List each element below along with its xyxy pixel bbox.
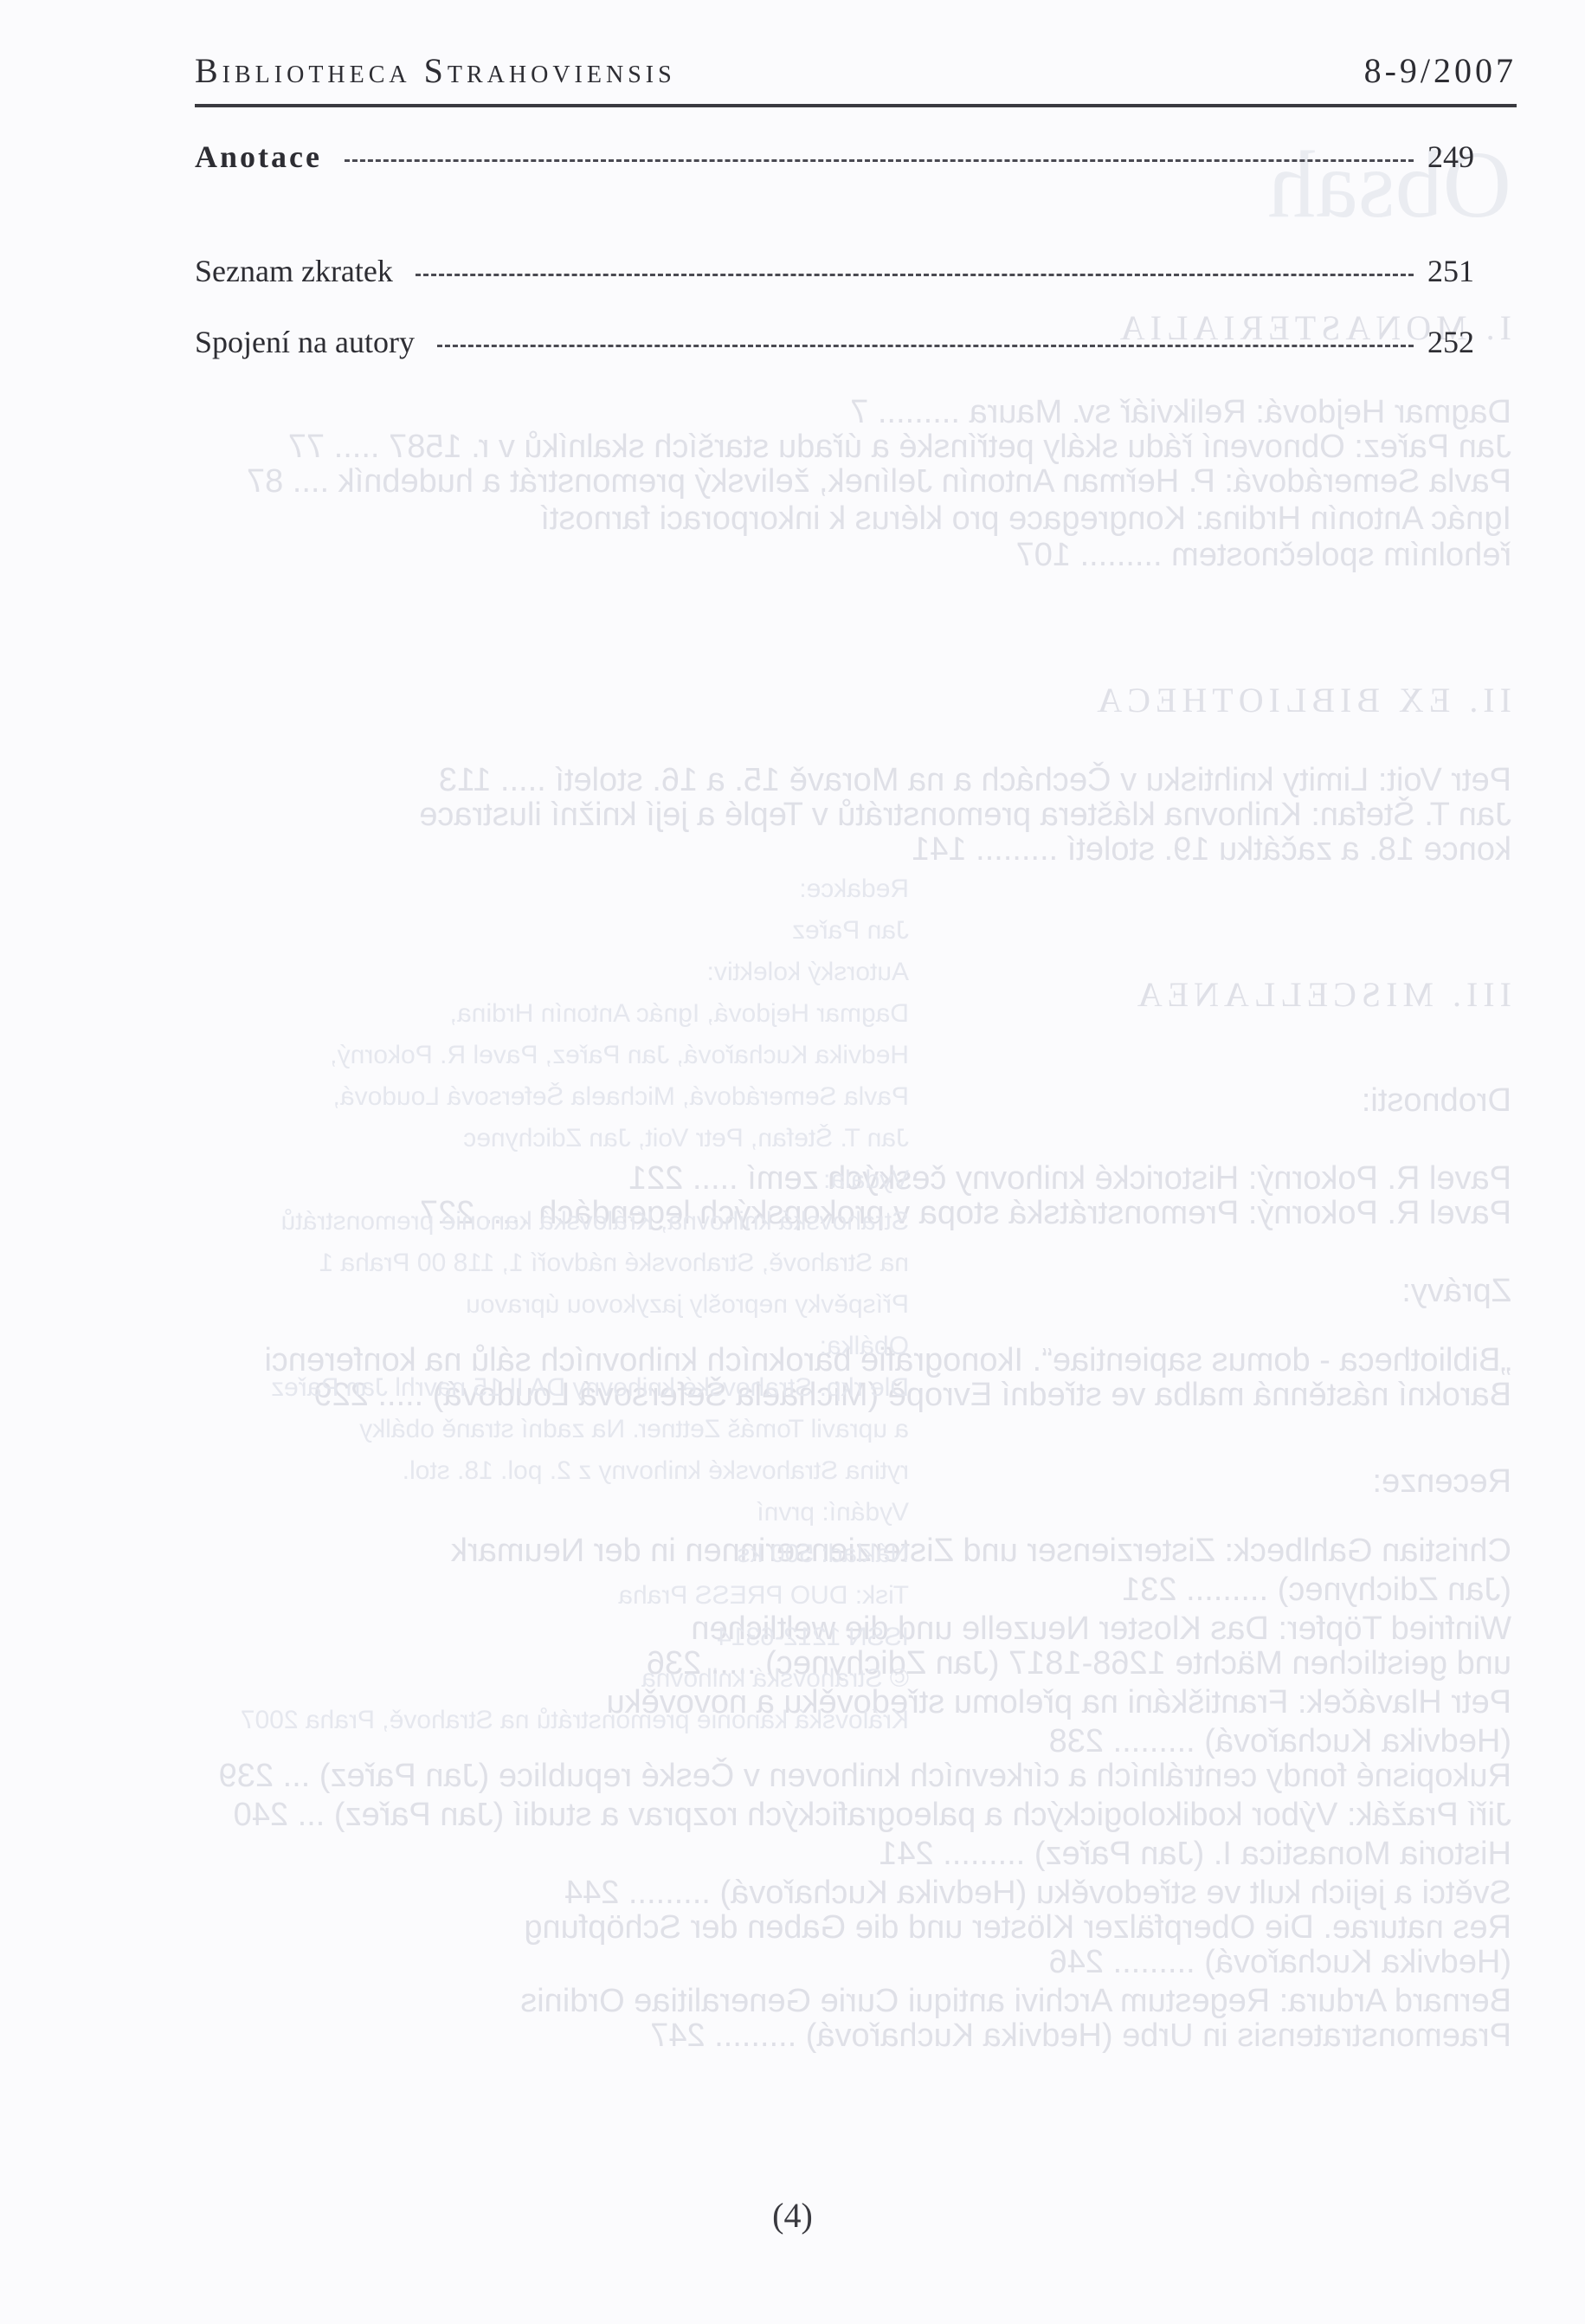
bleed-through-line: Rukopisné fondy centrálních a církevních…	[219, 1758, 1511, 1795]
bleed-through-colophon-line: Náklad: 500 ks	[0, 1540, 909, 1569]
bleed-through-line: Ignác Antonín Hrdina: Kongregace pro klé…	[540, 500, 1511, 538]
bleed-through-colophon-line: ISSN 1212-6314	[0, 1623, 909, 1652]
toc-entry-page: 251	[1426, 253, 1474, 289]
bleed-through-line: Christian Gahlbeck: Zisterzienser und Zi…	[451, 1533, 1511, 1570]
bleed-through-line: (Hedvika Kuchařová) ......... 238	[1049, 1723, 1511, 1760]
bleed-through-line: (Jan Zdichynec) ......... 231	[1122, 1572, 1511, 1609]
toc-entry-seznam-zkratek: Seznam zkratek 251	[195, 253, 1474, 296]
bleed-through-colophon-line: Obálka:	[0, 1332, 909, 1361]
bleed-through-line: konce 18. a začátku 19. století ........…	[912, 831, 1511, 868]
bleed-through-colophon-line: na Strahově, Strahovské nádvoří 1, 118 0…	[0, 1249, 909, 1278]
bleed-through-line: Res naturae. Die Oberpfälzer Klöster und…	[524, 1909, 1511, 1946]
bleed-through-line: Jan T. Štefan: Knihovna kláštera premons…	[419, 797, 1511, 834]
bleed-through-line: Zprávy:	[1401, 1273, 1511, 1310]
bleed-through-line: Winfried Töpfer: Das Kloster Neuzelle un…	[691, 1611, 1511, 1648]
bleed-through-line: „Bibliotheca - domus sapientiae“. Ikonog…	[264, 1342, 1511, 1379]
bleed-through-colophon-line: Královská kanonie premonstrátů na Straho…	[0, 1706, 909, 1735]
issue-number: 8-9/2007	[1364, 50, 1517, 91]
bleed-through-line: Pavel R. Pokorný: Premonstrátská stopa v…	[420, 1195, 1511, 1232]
toc-entry-title: Anotace	[195, 139, 322, 175]
bleed-through-line: Jan Pařez: Obnovení řádu skály petřínské…	[288, 429, 1511, 466]
bleed-through-line: Pavla Semerádová: P. Heřman Antonín Jelí…	[247, 463, 1511, 500]
bleed-through-colophon-line: Hedvika Kuchařová, Jan Pařez, Pavel R. P…	[0, 1041, 909, 1070]
bleed-through-line: Praemonstratensis in Urbe (Hedvika Kucha…	[650, 2017, 1511, 2055]
bleed-through-colophon-line: Dagmar Hejdová, Ignác Antonín Hrdina,	[0, 999, 909, 1029]
bleed-through-colophon-line: Jan Pařez	[0, 916, 909, 946]
toc-entry-title: Spojení na autory	[195, 324, 415, 360]
bleed-through-line: Dagmar Hejdová: Relikviář sv. Maura ....…	[850, 394, 1511, 431]
bleed-through-line: (Hedvika Kuchařová) ......... 246	[1049, 1944, 1511, 1981]
bleed-through-line: Drobnosti:	[1362, 1082, 1511, 1120]
bleed-through-colophon-line: Dle rkp. Strahovské knihovny DA II 15 na…	[0, 1373, 909, 1403]
bleed-through-colophon-line: Příspěvky neprošly jazykovou úpravou	[0, 1290, 909, 1320]
dot-leader	[416, 274, 1414, 276]
toc-entry-spojeni-na-autory: Spojení na autory 252	[195, 324, 1474, 367]
bleed-through-line: III. MISCELLANEA	[1132, 974, 1511, 1015]
bleed-through-colophon-line: Vydala:	[0, 1165, 909, 1195]
running-header: Bibliotheca Strahoviensis 8-9/2007	[195, 50, 1517, 94]
bleed-through-colophon-line: Autorský kolektiv:	[0, 958, 909, 987]
bleed-through-colophon-line: Strahovská knihovna, Královská kanonie p…	[0, 1207, 909, 1236]
header-rule	[195, 104, 1517, 107]
toc-entry-page: 249	[1426, 139, 1474, 175]
bleed-through-colophon-line: rytina Strahovské knihovny z 2. pol. 18.…	[0, 1456, 909, 1486]
toc-entry-anotace: Anotace 249	[195, 139, 1474, 182]
bleed-through-line: Petr Hlaváček: Františkáni na přelomu st…	[606, 1684, 1511, 1721]
bleed-through-line: und geistlichen Mächte 1268-1817 (Jan Zd…	[647, 1645, 1511, 1682]
page-number: (4)	[0, 2195, 1585, 2236]
bleed-through-colophon-line: © Strahovská knihovna	[0, 1664, 909, 1694]
bleed-through-colophon-line: Tisk: DUO PRESS Praha	[0, 1581, 909, 1611]
dot-leader	[437, 345, 1414, 347]
bleed-through-line: Bernard Ardura: Regestum Archivi antiqui…	[520, 1983, 1511, 2020]
document-page: ObsahI. MONASTERIALIADagmar Hejdová: Rel…	[0, 0, 1585, 2324]
journal-title: Bibliotheca Strahoviensis	[195, 50, 676, 91]
bleed-through-colophon-line: Jan T. Štefan, Petr Voit, Jan Zdichynec	[0, 1124, 909, 1153]
bleed-through-line: Historia Monastica I. (Jan Pařez) ......…	[879, 1836, 1511, 1873]
bleed-through-colophon-line: a upravil Tomáš Zettner. Na zadní straně…	[0, 1415, 909, 1444]
bleed-through-colophon-line: Vydání: první	[0, 1498, 909, 1527]
bleed-through-line: Barokní nástěnná malba ve střední Evropě…	[313, 1377, 1511, 1414]
bleed-through-colophon-line: Pavla Semerádová, Michaela Šefersová Lou…	[0, 1082, 909, 1112]
bleed-through-line: Petr Voit: Limity knihtisku v Čechách a …	[439, 762, 1511, 799]
bleed-through-line: Jiří Pražák: Výbor kodikologických a pal…	[234, 1797, 1511, 1834]
bleed-through-line: řeholním společnostem ......... 107	[1016, 537, 1511, 574]
dot-leader	[345, 159, 1414, 162]
bleed-through-line: Pavel R. Pokorný: Historické knihovny če…	[628, 1160, 1511, 1198]
toc-entry-page: 252	[1426, 324, 1474, 360]
bleed-through-line: Světci a jejich kult ve středověku (Hedv…	[564, 1875, 1511, 1912]
bleed-through-line: II. EX BIBLIOTHECA	[1092, 680, 1511, 720]
bleed-through-colophon-line: Redakce:	[0, 875, 909, 904]
bleed-through-line: Recenze:	[1372, 1463, 1511, 1501]
toc-entry-title: Seznam zkratek	[195, 253, 393, 289]
